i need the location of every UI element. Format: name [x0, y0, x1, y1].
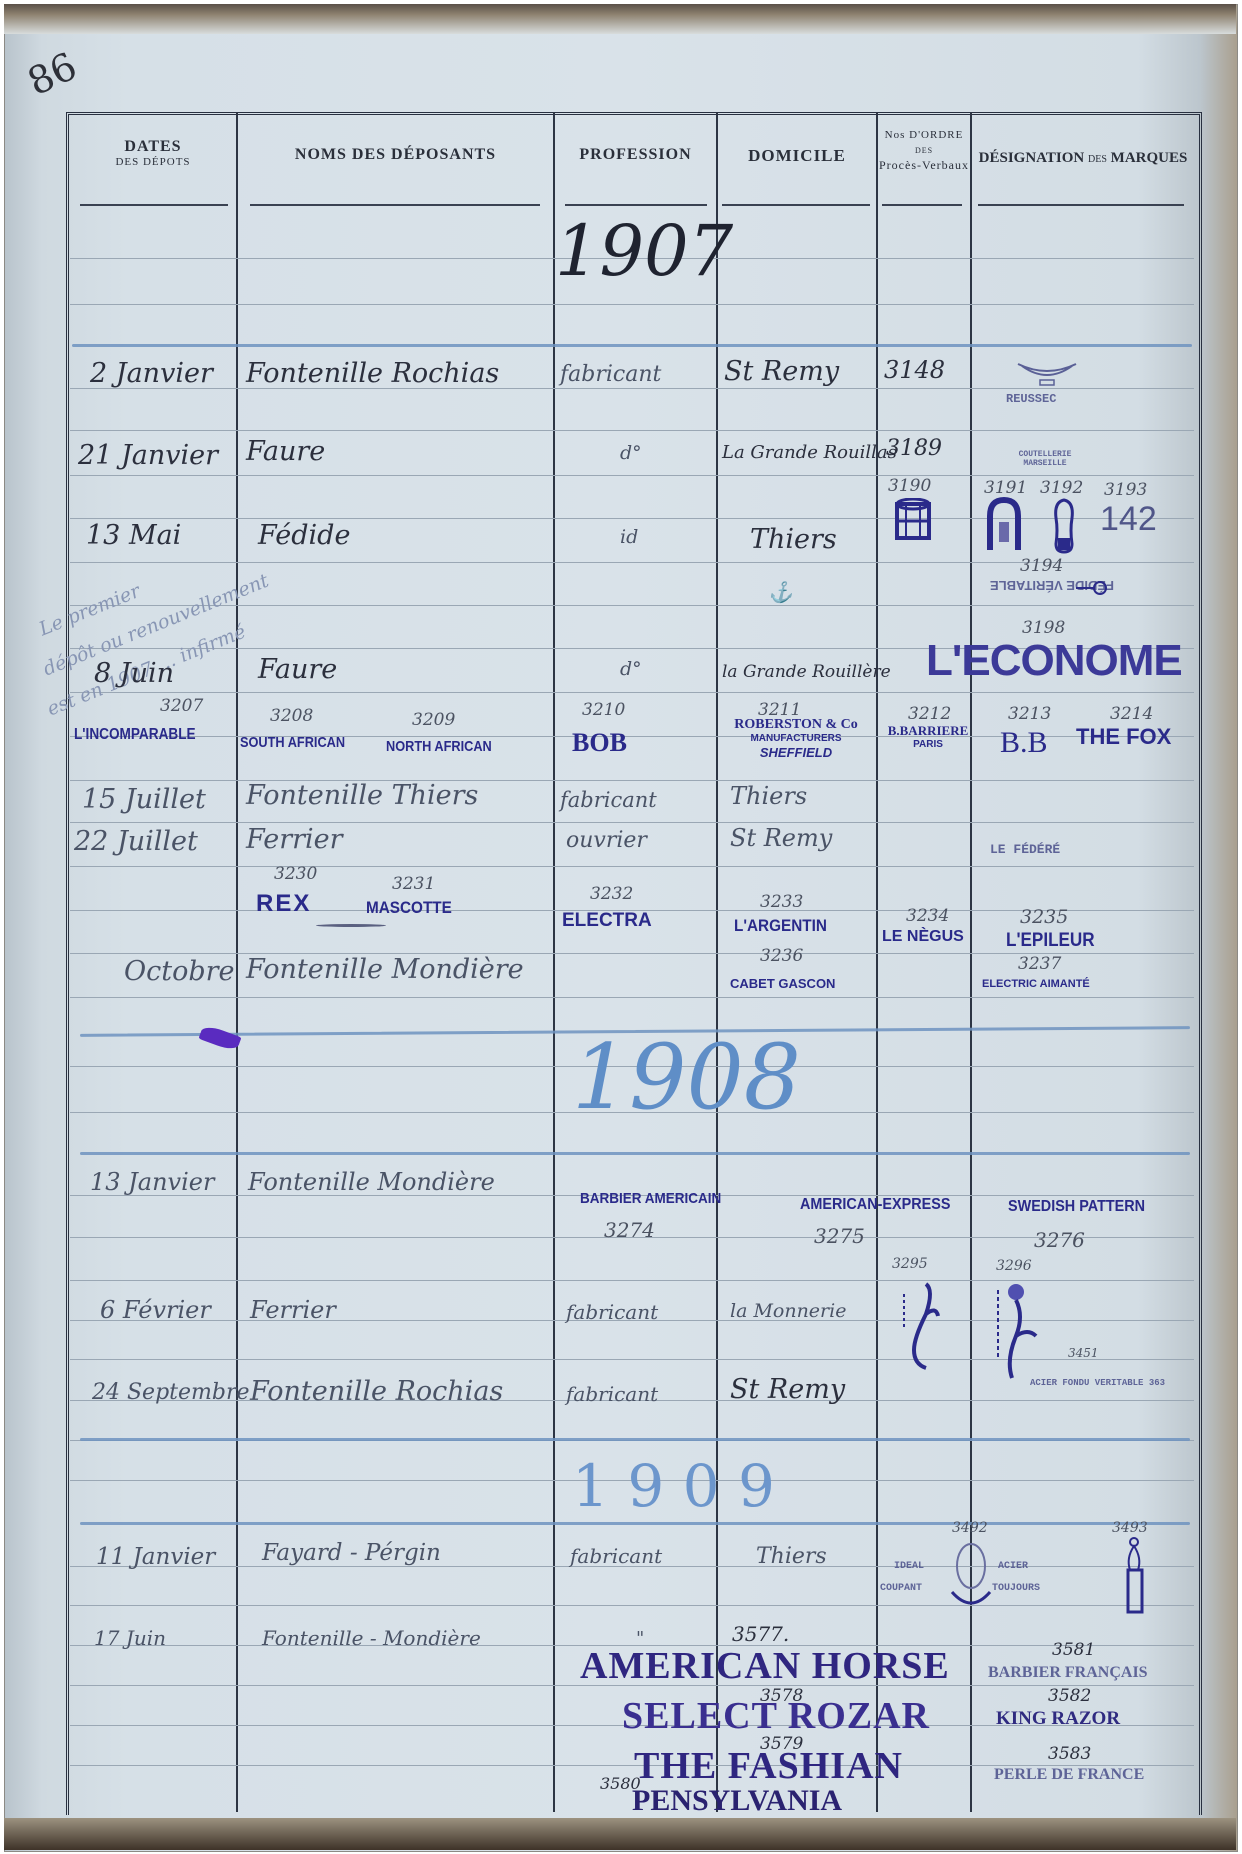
entry-date: 17 Juin: [94, 1626, 166, 1650]
ruled-line: [70, 692, 1194, 693]
mark-barbier-francais: BARBIER FRANÇAIS: [988, 1664, 1148, 1682]
header-designation-marques: MARQUES: [1111, 150, 1188, 166]
year-separator-line: [80, 1522, 1190, 1525]
header-underline: [722, 204, 870, 206]
entry-date: 2 Janvier: [90, 358, 213, 389]
mark-line: MANUFACTURERS: [728, 732, 864, 746]
ruled-line: [70, 866, 1194, 867]
flower-flourish-trademark-icon: [994, 1280, 1044, 1390]
entry-date: 22 Juillet: [74, 826, 198, 857]
mark-south-african: SOUTH AFRICAN: [240, 734, 345, 751]
ruled-line: [70, 430, 1194, 431]
mark-lincomparable: L'INCOMPARABLE: [74, 726, 196, 744]
mark-the-fox: THE FOX: [1076, 724, 1171, 750]
order-number: 3214: [1110, 704, 1153, 724]
ruled-line: [70, 304, 1194, 305]
header-domicile: DOMICILE: [718, 146, 876, 166]
order-3191: 3191: [984, 478, 1027, 498]
order-number: 3237: [1018, 954, 1061, 974]
header-dates-sub: DES DÉPOTS: [70, 156, 236, 168]
flourish-trademark-icon: [900, 1280, 944, 1376]
mark-line: MARSEILLE: [1023, 459, 1066, 468]
mark-ideal-coupant: IDEAL COUPANT: [880, 1556, 924, 1600]
entry-domicile: St Remy: [730, 824, 832, 852]
ruled-line: [70, 997, 1194, 998]
order-number: 3231: [392, 874, 435, 894]
entry-profession: ouvrier: [566, 828, 647, 853]
entry-domicile: Thiers: [730, 782, 807, 810]
order-number: 3232: [590, 884, 633, 904]
entry-date: Octobre: [124, 956, 235, 987]
header-underline: [882, 204, 962, 206]
mark-north-african: NORTH AFRICAN: [386, 738, 492, 755]
order-3194: 3194: [1020, 556, 1063, 576]
header-names: NOMS DES DÉPOSANTS: [238, 146, 553, 164]
entry-name: Fontenille Mondière: [246, 954, 524, 985]
entry-name: Fontenille Mondière: [248, 1168, 495, 1196]
entry-name: Fayard - Pérgin: [262, 1540, 441, 1566]
header-profession: PROFESSION: [555, 146, 716, 164]
entry-domicile: Thiers: [750, 524, 837, 555]
bottle-trademark-icon: [1122, 1536, 1148, 1616]
header-underline: [80, 204, 228, 206]
horseshoe-trademark-icon: [986, 496, 1022, 552]
order-number: 3210: [582, 700, 625, 720]
mark-electra: ELECTRA: [562, 910, 652, 932]
ruled-line: [70, 388, 1194, 389]
header-order-line1: Nos D'ORDRE: [878, 128, 970, 143]
entry-date: 24 Septembre: [92, 1380, 250, 1405]
mark-pensylvania: PENSYLVANIA: [632, 1784, 842, 1818]
header-underline: [565, 204, 707, 206]
mark-select-rozar: SELECT ROZAR: [622, 1694, 930, 1738]
order-number: 3275: [814, 1224, 865, 1248]
bowl-trademark-icon: [1012, 358, 1082, 388]
header-designation-label: DÉSIGNATION: [979, 150, 1085, 166]
mark-acier-fondu: ACIER FONDU VERITABLE 363: [1030, 1378, 1165, 1388]
mark-bob: BOB: [572, 728, 627, 758]
order-number: 3235: [1020, 906, 1068, 928]
column-divider-domicile: [876, 112, 878, 1812]
anchor-mark: ⚓: [768, 580, 793, 604]
ruled-line: [70, 780, 1194, 781]
page-bottom-edge: [4, 1818, 1236, 1850]
entry-profession: id: [620, 526, 638, 548]
mark-cadet-gascon: CABET GASCON: [730, 976, 835, 991]
entry-domicile: St Remy: [730, 1374, 845, 1405]
entry-domicile: La Grande Rouillas: [722, 442, 897, 463]
entry-date: 13 Mai: [86, 520, 181, 551]
ruled-line: [70, 605, 1194, 606]
column-divider-dates: [236, 112, 238, 1812]
mark-largentin: L'ARGENTIN: [734, 916, 827, 936]
entry-name: Ferrier: [250, 1296, 336, 1324]
mark-line: COUTELLERIE: [1019, 450, 1072, 459]
order-number: 3209: [412, 710, 455, 730]
order-number: 3207: [160, 696, 203, 716]
order-3192: 3192: [1040, 478, 1083, 498]
mark-line: PARIS: [880, 738, 976, 752]
order-number: 3276: [1034, 1228, 1085, 1252]
order-number: 3492: [952, 1520, 988, 1536]
order-number: 3233: [760, 892, 803, 912]
entry-name: Fontenille Rochias: [250, 1376, 503, 1407]
order-number: 3230: [274, 864, 317, 884]
order-number: 3213: [1008, 704, 1051, 724]
mark-142: 142: [1100, 500, 1157, 539]
year-separator-line: [80, 1438, 1190, 1441]
mark-line: ROBERSTON & Co: [728, 718, 864, 732]
entry-profession: d°: [620, 442, 642, 464]
mark-le-negus: LE NÈGUS: [882, 928, 964, 946]
mark-bb: B.B: [1000, 726, 1048, 760]
entry-profession: fabricant: [560, 362, 661, 387]
entry-order-number: 3148: [884, 356, 945, 384]
order-number: 3234: [906, 906, 949, 926]
order-number: 3274: [604, 1218, 655, 1242]
boot-sole-trademark-icon: [1052, 498, 1076, 554]
order-3190: 3190: [888, 476, 931, 496]
mark-the-fashian: THE FASHIAN: [634, 1744, 903, 1788]
entry-name: Fontenille Rochias: [246, 358, 499, 389]
entry-profession: fabricant: [566, 1382, 658, 1406]
header-underline: [250, 204, 540, 206]
entry-profession: d°: [620, 658, 642, 680]
entry-profession: fabricant: [566, 1300, 658, 1324]
entry-domicile: Thiers: [756, 1544, 827, 1569]
entry-name: Ferrier: [246, 824, 343, 855]
mark-american-horse: AMERICAN HORSE: [580, 1644, 950, 1688]
ruled-line: [70, 1605, 1194, 1606]
mark-line: ACIER: [992, 1556, 1040, 1578]
ruled-line: [70, 822, 1194, 823]
entry-profession: fabricant: [570, 1544, 662, 1568]
mark-leconome: L'ECONOME: [926, 636, 1182, 686]
header-order-line2: DES: [878, 143, 970, 158]
order-3198: 3198: [1022, 618, 1065, 638]
mark-le-federe: LE FÉDÉRÉ: [990, 842, 1060, 857]
entry-name: Fédide: [258, 520, 350, 551]
order-number: 3582: [1048, 1686, 1091, 1706]
entry-name: Fontenille Thiers: [246, 780, 478, 811]
entry-profession: fabricant: [560, 788, 657, 812]
mark-american-express: AMERICAN-EXPRESS: [800, 1196, 950, 1214]
order-number: 3581: [1052, 1640, 1095, 1660]
mark-barbier-americain: BARBIER AMERICAIN: [580, 1190, 721, 1207]
entry-date: 13 Janvier: [90, 1168, 214, 1196]
order-3193: 3193: [1104, 480, 1147, 500]
mark-perle-de-france: PERLE DE FRANCE: [994, 1766, 1144, 1784]
mark-coutellerie-marseille: COUTELLERIE MARSEILLE: [1000, 450, 1090, 468]
mark-b-barriere: B.BARRIERE PARIS: [880, 724, 976, 752]
order-number: 3295: [892, 1256, 928, 1272]
order-number: 3493: [1112, 1520, 1148, 1536]
header-dates-label: DATES: [124, 138, 181, 155]
order-number: 3212: [908, 704, 951, 724]
mark-king-razor: KING RAZOR: [996, 1708, 1120, 1730]
entry-date: 8 Juin: [94, 658, 174, 689]
header-order-number: Nos D'ORDRE DES Procès-Verbaux: [878, 128, 970, 173]
mark-swedish-pattern: SWEDISH PATTERN: [1008, 1198, 1145, 1216]
mark-roberston: ROBERSTON & Co MANUFACTURERS SHEFFIELD: [728, 718, 864, 760]
entry-date: 15 Juillet: [82, 784, 206, 815]
mark-acier-toujours: ACIER TOUJOURS: [992, 1556, 1040, 1600]
ruled-line: [70, 518, 1194, 519]
order-number: 3583: [1048, 1744, 1091, 1764]
column-divider-profession: [716, 112, 718, 1812]
mark-electric-aimante: ELECTRIC AIMANTÉ: [982, 978, 1090, 990]
entry-date: 11 Janvier: [96, 1544, 215, 1570]
entry-domicile: la Grande Rouillère: [722, 662, 891, 682]
entry-order-number: 3189: [886, 436, 942, 461]
underline-stroke: [316, 924, 386, 927]
mark-lepileur: L'EPILEUR: [1006, 930, 1095, 952]
order-number: 3451: [1068, 1346, 1099, 1360]
mark-line: TOUJOURS: [992, 1578, 1040, 1600]
entry-domicile: la Monnerie: [730, 1300, 846, 1322]
entry-name: Faure: [246, 436, 325, 467]
mark-reussec: REUSSEC: [1006, 392, 1056, 406]
mark-line: SHEFFIELD: [728, 746, 864, 760]
mark-line: COUPANT: [880, 1578, 924, 1600]
order-number: 3296: [996, 1258, 1032, 1274]
order-number: 3236: [760, 946, 803, 966]
header-designation-des: DES: [1088, 154, 1107, 165]
year-separator-line: [72, 344, 1192, 347]
order-number: 3577.: [732, 1622, 789, 1646]
order-number: 3208: [270, 706, 313, 726]
entry-domicile: St Remy: [724, 356, 839, 387]
entry-date: 21 Janvier: [78, 440, 218, 471]
mark-mascotte: MASCOTTE: [366, 898, 452, 918]
key-trademark-icon: [1074, 578, 1108, 598]
column-divider-names: [553, 112, 555, 1812]
year-separator-line: [80, 1152, 1190, 1155]
entry-name: Fontenille - Mondière: [262, 1626, 481, 1650]
mark-line: IDEAL: [880, 1556, 924, 1578]
year-heading-1907: 1907: [555, 210, 733, 292]
mark-line: B.BARRIERE: [880, 724, 976, 738]
mark-rex: REX: [256, 890, 311, 918]
header-underline: [978, 204, 1184, 206]
header-dates: DATES DES DÉPOTS: [70, 138, 236, 168]
page-top-edge: [4, 4, 1236, 34]
header-designation: DÉSIGNATION DES MARQUES: [972, 150, 1194, 167]
entry-date: 6 Février: [100, 1296, 211, 1324]
year-heading-1909: 1 9 0 9: [572, 1452, 775, 1520]
ruled-line: [70, 475, 1194, 476]
entry-name: Faure: [258, 654, 337, 685]
year-heading-1908: 1908: [572, 1025, 801, 1130]
header-order-line3: Procès-Verbaux: [878, 158, 970, 173]
barrel-trademark-icon: [894, 498, 932, 542]
eagle-emblem-icon: [946, 1536, 996, 1616]
